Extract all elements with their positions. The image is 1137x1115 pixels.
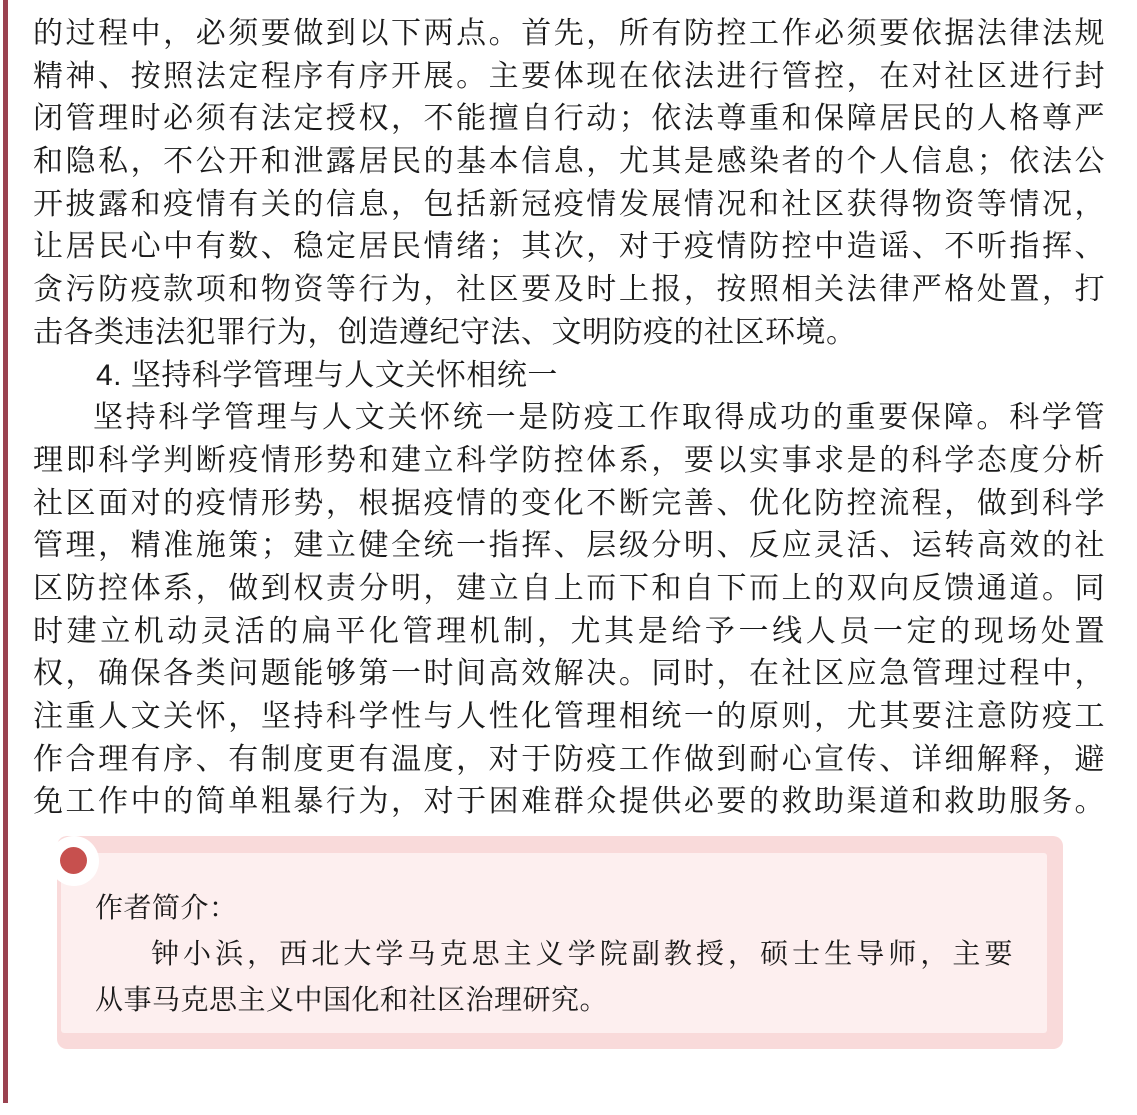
body-text-line: 管理，精准施策；建立健全统一指挥、层级分明、反应灵活、运转高效的社 — [33, 525, 1105, 568]
body-text-line: 精神、按照法定程序有序开展。主要体现在依法进行管控，在对社区进行封 — [33, 56, 1105, 99]
author-bio-line: 钟小浜，西北大学马克思主义学院副教授，硕士生导师，主要 — [95, 931, 1013, 977]
body-text-line: 的过程中，必须要做到以下两点。首先，所有防控工作必须要依据法律法规 — [33, 13, 1105, 56]
body-text-line: 开披露和疫情有关的信息，包括新冠疫情发展情况和社区获得物资等情况， — [33, 184, 1105, 227]
body-text-line: 时建立机动灵活的扁平化管理机制，尤其是给予一线人员一定的现场处置 — [33, 611, 1105, 654]
document-page: 的过程中，必须要做到以下两点。首先，所有防控工作必须要依据法律法规 精神、按照法… — [0, 0, 1137, 1115]
body-text-line: 社区面对的疫情形势，根据疫情的变化不断完善、优化防控流程，做到科学 — [33, 483, 1105, 526]
body-text-line: 权，确保各类问题能够第一时间高效解决。同时，在社区应急管理过程中， — [33, 653, 1105, 696]
body-text-line: 作合理有序、有制度更有温度，对于防疫工作做到耐心宣传、详细解释，避 — [33, 739, 1105, 782]
body-text-line: 闭管理时必须有法定授权，不能擅自行动；依法尊重和保障居民的人格尊严 — [33, 98, 1105, 141]
author-bio-box: 作者简介： 钟小浜，西北大学马克思主义学院副教授，硕士生导师，主要 从事马克思主… — [57, 836, 1063, 1049]
bullet-dot-icon — [60, 847, 87, 874]
author-bio-title: 作者简介： — [95, 885, 1013, 931]
section-heading-4: 4. 坚持科学管理与人文关怀相统一 — [33, 355, 1105, 398]
body-text-line: 坚持科学管理与人文关怀统一是防疫工作取得成功的重要保障。科学管 — [33, 397, 1105, 440]
author-bio-box-inner: 作者简介： 钟小浜，西北大学马克思主义学院副教授，硕士生导师，主要 从事马克思主… — [61, 853, 1047, 1033]
left-margin-rule — [3, 0, 8, 1103]
body-text-line: 注重人文关怀，坚持科学性与人性化管理相统一的原则，尤其要注意防疫工 — [33, 696, 1105, 739]
body-text-line: 贪污防疫款项和物资等行为，社区要及时上报，按照相关法律严格处置，打 — [33, 269, 1105, 312]
article-body: 的过程中，必须要做到以下两点。首先，所有防控工作必须要依据法律法规 精神、按照法… — [33, 13, 1105, 824]
body-text-line: 免工作中的简单粗暴行为，对于困难群众提供必要的救助渠道和救助服务。 — [33, 781, 1105, 824]
body-text-line: 和隐私，不公开和泄露居民的基本信息，尤其是感染者的个人信息；依法公 — [33, 141, 1105, 184]
body-text-line: 理即科学判断疫情形势和建立科学防控体系，要以实事求是的科学态度分析 — [33, 440, 1105, 483]
body-text-line: 击各类违法犯罪行为，创造遵纪守法、文明防疫的社区环境。 — [33, 312, 1105, 355]
body-text-line: 让居民心中有数、稳定居民情绪；其次，对于疫情防控中造谣、不听指挥、 — [33, 226, 1105, 269]
body-text-line: 区防控体系，做到权责分明，建立自上而下和自下而上的双向反馈通道。同 — [33, 568, 1105, 611]
author-bio-line: 从事马克思主义中国化和社区治理研究。 — [95, 977, 1013, 1023]
